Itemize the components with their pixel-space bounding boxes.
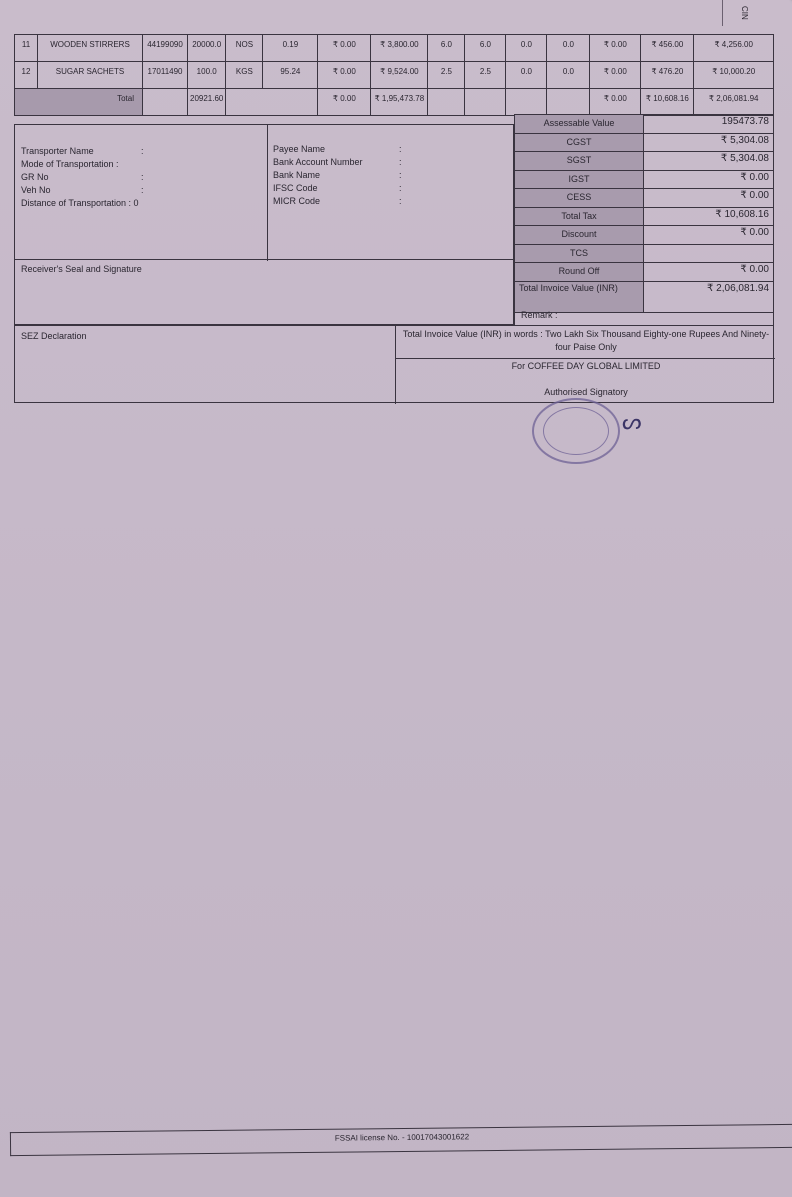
totals-discount: ₹ 0.00 (318, 89, 371, 116)
cell-empty (428, 89, 465, 116)
summary-row: Total Invoice Value (INR)₹ 2,06,081.94 (515, 282, 773, 313)
cell-empty (143, 89, 188, 116)
signature-icon: ᔕ (622, 410, 642, 435)
summary-panel: Assessable Value195473.78CGST₹ 5,304.08S… (514, 114, 774, 326)
payee-details: Payee Name: Bank Account Number: Bank Na… (273, 143, 513, 208)
cell-cgst-rate: 6.0 (428, 35, 465, 62)
colon: : (399, 195, 402, 208)
summary-label: Round Off (515, 263, 644, 281)
cell-taxable: ₹ 9,524.00 (371, 62, 428, 89)
totals-taxable: ₹ 1,95,473.78 (371, 89, 428, 116)
cell-rate: 0.19 (263, 35, 318, 62)
veh-no-label: Veh No (21, 184, 141, 197)
cell-cgst-rate: 2.5 (428, 62, 465, 89)
sez-section: SEZ Declaration Total Invoice Value (INR… (14, 325, 774, 403)
cell-description: SUGAR SACHETS (38, 62, 143, 89)
colon: : (399, 143, 402, 156)
items-table: 11 WOODEN STIRRERS 44199090 20000.0 NOS … (14, 34, 774, 116)
summary-label: TCS (515, 245, 644, 263)
cell-discount: ₹ 0.00 (318, 35, 371, 62)
cell-empty (226, 89, 318, 116)
summary-value: ₹ 2,06,081.94 (644, 282, 773, 312)
colon: : (399, 169, 402, 182)
ifsc-label: IFSC Code (273, 182, 399, 195)
totals-row: Total 20921.60 ₹ 0.00 ₹ 1,95,473.78 ₹ 0.… (15, 89, 774, 116)
summary-value: 195473.78 (644, 115, 773, 133)
cell-empty (547, 89, 590, 116)
cell-unit: KGS (226, 62, 263, 89)
summary-label: Total Invoice Value (INR) (515, 282, 644, 312)
receiver-seal-label: Receiver's Seal and Signature (21, 263, 142, 276)
remark-label: Remark : (521, 309, 558, 322)
summary-value: ₹ 5,304.08 (644, 152, 773, 170)
cell-discount: ₹ 0.00 (318, 62, 371, 89)
cell-igst-rate: 0.0 (506, 35, 547, 62)
cell-sgst-rate: 2.5 (465, 62, 506, 89)
summary-label: Discount (515, 226, 644, 244)
totals-tax-amt: ₹ 10,608.16 (641, 89, 694, 116)
divider (395, 326, 396, 404)
transport-section: Transporter Name: Mode of Transportation… (14, 124, 514, 260)
summary-row: CGST₹ 5,304.08 (515, 134, 773, 153)
summary-value: ₹ 0.00 (644, 263, 773, 281)
cell-cess-rate: 0.0 (547, 35, 590, 62)
colon: : (141, 171, 144, 184)
colon: : (141, 145, 144, 158)
invoice-sheet: 11 WOODEN STIRRERS 44199090 20000.0 NOS … (14, 34, 774, 116)
summary-label: IGST (515, 171, 644, 189)
summary-row: IGST₹ 0.00 (515, 171, 773, 190)
totals-qty: 20921.60 (188, 89, 226, 116)
transporter-name-label: Transporter Name (21, 145, 141, 158)
table-row: 11 WOODEN STIRRERS 44199090 20000.0 NOS … (15, 35, 774, 62)
summary-value: ₹ 10,608.16 (644, 208, 773, 226)
totals-total: ₹ 2,06,081.94 (694, 89, 774, 116)
summary-row: SGST₹ 5,304.08 (515, 152, 773, 171)
summary-value: ₹ 0.00 (644, 226, 773, 244)
cell-tax-amt: ₹ 476.20 (641, 62, 694, 89)
sez-declaration-label: SEZ Declaration (21, 330, 87, 343)
totals-cess-amt: ₹ 0.00 (590, 89, 641, 116)
cell-hsn: 17011490 (143, 62, 188, 89)
summary-value: ₹ 0.00 (644, 171, 773, 189)
cell-total: ₹ 4,256.00 (694, 35, 774, 62)
mode-label: Mode of Transportation : (21, 158, 261, 171)
cell-sno: 12 (15, 62, 38, 89)
transport-details: Transporter Name: Mode of Transportation… (21, 145, 261, 210)
payee-name-label: Payee Name (273, 143, 399, 156)
divider (267, 125, 268, 261)
summary-value (644, 245, 773, 263)
cin-label: CIN (722, 0, 749, 26)
cell-igst-rate: 0.0 (506, 62, 547, 89)
cell-sno: 11 (15, 35, 38, 62)
cell-qty: 100.0 (188, 62, 226, 89)
company-name: For COFFEE DAY GLOBAL LIMITED (401, 360, 771, 373)
cell-cess-amt: ₹ 0.00 (590, 35, 641, 62)
cell-total: ₹ 10,000.20 (694, 62, 774, 89)
summary-row: Discount₹ 0.00 (515, 226, 773, 245)
colon: : (399, 156, 402, 169)
cell-unit: NOS (226, 35, 263, 62)
summary-label: Assessable Value (515, 115, 644, 133)
cell-empty (465, 89, 506, 116)
summary-value: ₹ 0.00 (644, 189, 773, 207)
summary-label: SGST (515, 152, 644, 170)
summary-row: TCS (515, 245, 773, 264)
summary-label: CESS (515, 189, 644, 207)
cell-sgst-rate: 6.0 (465, 35, 506, 62)
amount-in-words: Total Invoice Value (INR) in words : Two… (401, 328, 771, 354)
colon: : (399, 182, 402, 195)
distance-label: Distance of Transportation : 0 (21, 197, 261, 210)
receiver-seal-section: Receiver's Seal and Signature (14, 259, 514, 325)
cell-rate: 95.24 (263, 62, 318, 89)
authorised-signatory-label: Authorised Signatory (401, 386, 771, 399)
cell-cess-amt: ₹ 0.00 (590, 62, 641, 89)
cell-description: WOODEN STIRRERS (38, 35, 143, 62)
summary-label: CGST (515, 134, 644, 152)
cell-qty: 20000.0 (188, 35, 226, 62)
gr-no-label: GR No (21, 171, 141, 184)
micr-label: MICR Code (273, 195, 399, 208)
company-stamp-icon (532, 398, 620, 464)
colon: : (141, 184, 144, 197)
summary-row: Total Tax₹ 10,608.16 (515, 208, 773, 227)
cell-taxable: ₹ 3,800.00 (371, 35, 428, 62)
bank-name-label: Bank Name (273, 169, 399, 182)
summary-value: ₹ 5,304.08 (644, 134, 773, 152)
fssai-license: FSSAI license No. - 10017043001622 (335, 1132, 469, 1142)
cell-tax-amt: ₹ 456.00 (641, 35, 694, 62)
footer-license: FSSAI license No. - 10017043001622 (10, 1124, 792, 1156)
summary-label: Total Tax (515, 208, 644, 226)
summary-row: Round Off₹ 0.00 (515, 263, 773, 282)
totals-label: Total (15, 89, 143, 116)
cell-cess-rate: 0.0 (547, 62, 590, 89)
bank-account-label: Bank Account Number (273, 156, 399, 169)
table-row: 12 SUGAR SACHETS 17011490 100.0 KGS 95.2… (15, 62, 774, 89)
summary-row: Assessable Value195473.78 (515, 115, 773, 134)
cell-empty (506, 89, 547, 116)
cell-hsn: 44199090 (143, 35, 188, 62)
summary-row: CESS₹ 0.00 (515, 189, 773, 208)
summary-rows: Assessable Value195473.78CGST₹ 5,304.08S… (515, 115, 773, 313)
